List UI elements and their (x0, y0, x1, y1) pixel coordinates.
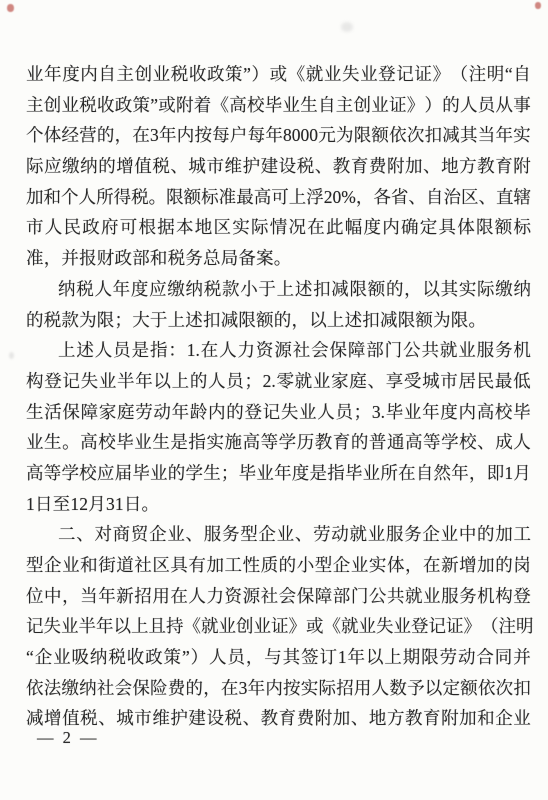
text-line: 型企业和街道社区具有加工性质的小型企业实体，在新增加的岗 (26, 550, 531, 581)
text-line: “企业吸纳税收政策”）人员，与其签订1年以上期限劳动合同并 (26, 642, 531, 673)
text-line: 个体经营的，在3年内按每户每年8000元为限额依次扣减其当年实 (26, 120, 531, 151)
text-line: 际应缴纳的增值税、城市维护建设税、教育费附加、地方教育附 (26, 151, 531, 182)
text-line: 主创业税收政策”或附着《高校毕业生自主创业证》）的人员从事 (26, 90, 531, 121)
page-number: — 2 — (37, 729, 99, 747)
text-line: 的税款为限；大于上述扣减限额的，以上述扣减限额为限。 (26, 305, 531, 336)
text-line: 构登记失业半年以上的人员；2.零就业家庭、享受城市居民最低 (26, 366, 531, 397)
text-line: 减增值税、城市维护建设税、教育费附加、地方教育附加和企业 (26, 703, 531, 734)
text-line: 记失业半年以上且持《就业创业证》或《就业失业登记证》（注明 (26, 611, 531, 642)
text-line: 1日至12月31日。 (26, 489, 531, 520)
text-line: 位中，当年新招用在人力资源社会保障部门公共就业服务机构登 (26, 581, 531, 612)
text-line: 业年度内自主创业税收政策”）或《就业失业登记证》（注明“自 (26, 59, 531, 90)
scan-smudge (341, 22, 353, 32)
scan-mark-top-right (535, 2, 541, 9)
text-line: 加和个人所得税。限额标准最高可上浮20%，各省、自治区、直辖 (26, 182, 531, 213)
document-page: 业年度内自主创业税收政策”）或《就业失业登记证》（注明“自主创业税收政策”或附着… (0, 0, 548, 800)
text-line: 依法缴纳社会保险费的，在3年内按实际招用人数予以定额依次扣 (26, 673, 531, 704)
text-line: 准，并报财政部和税务总局备案。 (26, 243, 531, 274)
text-line: 业生。高校毕业生是指实施高等学历教育的普通高等学校、成人 (26, 427, 531, 458)
text-line: 高等学校应届毕业的学生；毕业年度是指毕业所在自然年，即1月 (26, 458, 531, 489)
scan-mark-top-left (7, 4, 14, 12)
text-line: 生活保障家庭劳动年龄内的登记失业人员；3.毕业年度内高校毕 (26, 397, 531, 428)
scan-edge-mark (9, 352, 14, 359)
text-line: 纳税人年度应缴纳税款小于上述扣减限额的，以其实际缴纳 (26, 274, 531, 305)
text-line: 上述人员是指：1.在人力资源社会保障部门公共就业服务机 (26, 335, 531, 366)
text-line: 市人民政府可根据本地区实际情况在此幅度内确定具体限额标 (26, 212, 531, 243)
text-line: 二、对商贸企业、服务型企业、劳动就业服务企业中的加工 (26, 519, 531, 550)
document-text: 业年度内自主创业税收政策”）或《就业失业登记证》（注明“自主创业税收政策”或附着… (26, 59, 531, 734)
